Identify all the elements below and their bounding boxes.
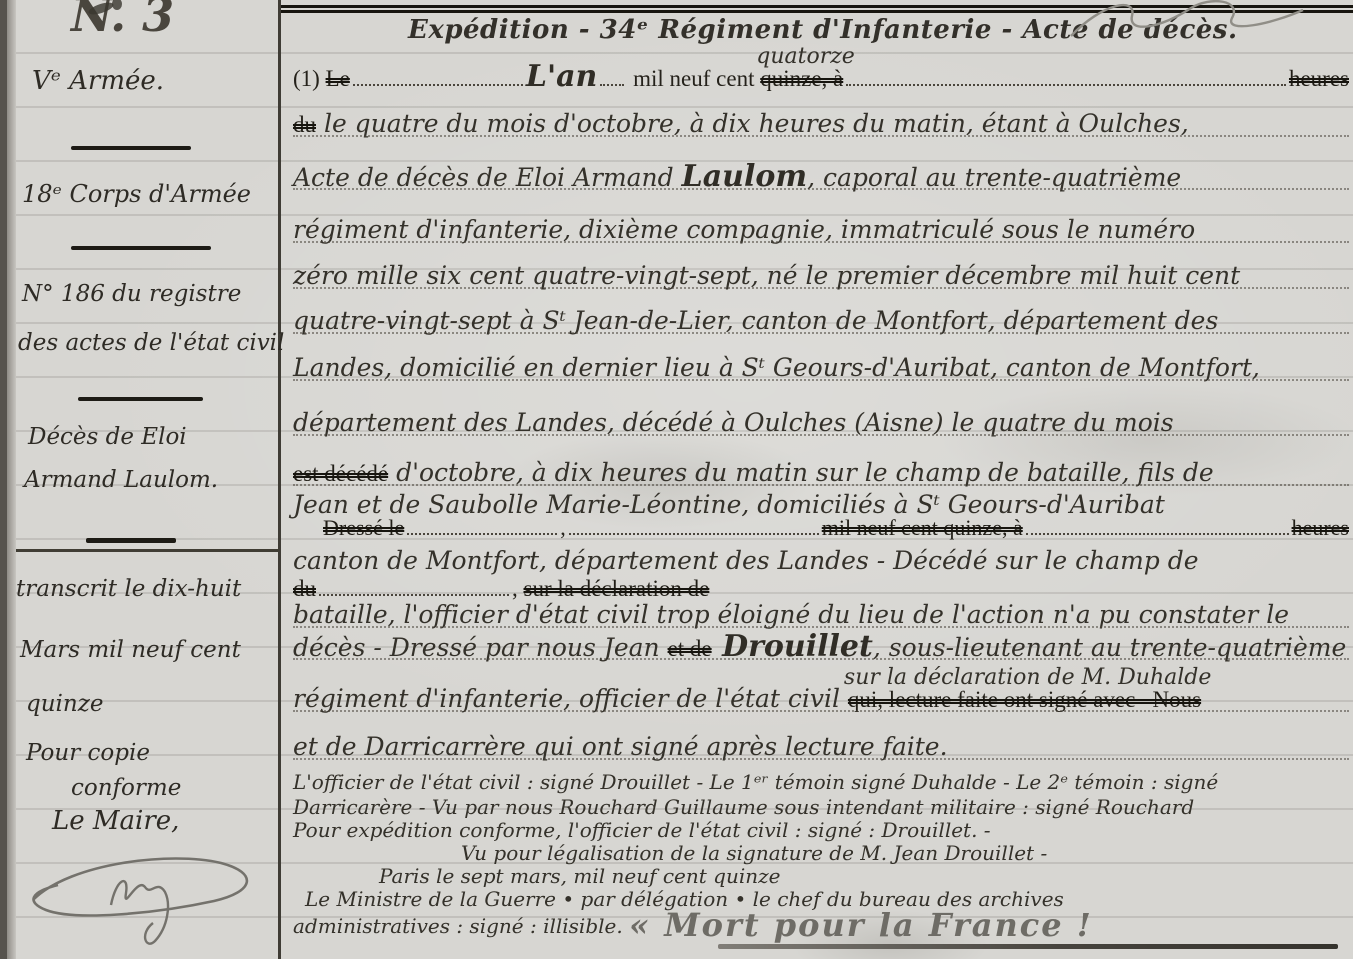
printed-struck-text: quinze, àquatorze xyxy=(760,63,843,95)
handwritten-large-text: Drouillet xyxy=(712,631,873,663)
scan-edge-dark xyxy=(0,0,7,959)
body-line: L'officier de l'état civil : signé Droui… xyxy=(293,769,1349,796)
handwritten-large-text: L'an xyxy=(526,61,598,93)
handwritten-text: Acte de décès de Eloi Armand xyxy=(293,162,682,194)
body-line: administratives : signé : illisible. « M… xyxy=(293,911,1349,943)
handwritten-text: régiment d'infanterie, dixième compagnie… xyxy=(293,214,1195,246)
margin-deceased-line1: Décès de Eloi xyxy=(28,424,187,450)
margin-transcribed-line2: Mars mil neuf cent xyxy=(20,637,241,663)
margin-column: N. 3 Vᵉ Armée. 18ᵉ Corps d'Armée N° 186 … xyxy=(16,0,279,959)
handwritten-text: Pour expédition conforme, l'officier de … xyxy=(293,819,991,841)
margin-register-line1: N° 186 du registre xyxy=(22,281,241,307)
interlinear-annotation: sur la déclaration de M. Duhalde xyxy=(844,662,1211,694)
printed-struck-text: Le xyxy=(326,63,350,95)
dotted-filler xyxy=(1026,533,1289,535)
margin-rule xyxy=(71,246,211,250)
body-line: régiment d'infanterie, dixième compagnie… xyxy=(293,214,1349,248)
act-number: N. 3 xyxy=(71,0,174,42)
margin-rule xyxy=(71,146,191,150)
handwritten-text: décès - Dressé par nous Jean xyxy=(293,632,668,664)
printed-struck-text: mil neuf cent quinze, à xyxy=(822,515,1023,541)
mayor-signature xyxy=(16,835,268,953)
pencil-scribble xyxy=(1041,0,1341,52)
body-line: quatre-vingt-sept à Sᵗ Jean-de-Lier, can… xyxy=(293,305,1349,339)
handwritten-text: Vu pour légalisation de la signature de … xyxy=(461,842,1047,864)
handwritten-text: , sous-lieutenant au trente-quatrième xyxy=(873,632,1346,664)
handwritten-text: bataille, l'officier d'état civil trop é… xyxy=(293,599,1289,631)
body-line: Darricarère - Vu par nous Rouchard Guill… xyxy=(293,796,1349,819)
dotted-filler xyxy=(569,533,819,535)
printed-struck-text: sur la déclaration de xyxy=(524,577,710,601)
margin-deceased-line2: Armand Laulom. xyxy=(24,467,218,493)
scanned-death-certificate: { "document": { "margin": { "number": "N… xyxy=(0,0,1353,959)
printed-struck-text: et de xyxy=(668,633,712,665)
body-line: Pour expédition conforme, l'officier de … xyxy=(293,819,1349,842)
printed-text: , xyxy=(512,577,524,601)
handwritten-text: département des Landes, décédé à Oulches… xyxy=(293,407,1174,439)
handwritten-text: Darricarère - Vu par nous Rouchard Guill… xyxy=(293,796,1194,818)
body-line: est décédé d'octobre, à dix heures du ma… xyxy=(293,457,1349,491)
body-line: canton de Montfort, département des Land… xyxy=(293,545,1349,579)
printed-struck-text: du xyxy=(293,577,316,601)
margin-rule xyxy=(86,538,176,543)
handwritten-text: zéro mille six cent quatre-vingt-sept, n… xyxy=(293,260,1240,292)
body-line: Landes, domicilié en dernier lieu à Sᵗ G… xyxy=(293,352,1349,386)
handwritten-text: d'octobre, à dix heures du matin sur le … xyxy=(388,457,1214,489)
printed-struck-text: qui, lecture faite ont signé avec Noussu… xyxy=(848,684,1201,716)
handwritten-text: Paris le sept mars, mil neuf cent quinze xyxy=(379,865,781,887)
handwritten-text: le quatre du mois d'octobre, à dix heure… xyxy=(316,108,1189,140)
printed-struck-text: heures xyxy=(1292,515,1349,541)
body-line: décès - Dressé par nous Jean et de Droui… xyxy=(293,631,1349,665)
dotted-filler xyxy=(353,84,523,86)
body-line: du le quatre du mois d'octobre, à dix he… xyxy=(293,108,1349,142)
act-body: (1) LeL'an mil neuf cent quinze, àquator… xyxy=(293,61,1349,943)
handwritten-text: , caporal au trente-quatrième xyxy=(807,162,1181,194)
printed-struck-text: est décédé xyxy=(293,458,388,490)
body-line: (1) LeL'an mil neuf cent quinze, àquator… xyxy=(293,61,1349,95)
handwritten-text: et de Darricarrère qui ont signé après l… xyxy=(293,731,948,763)
handwritten-text: régiment d'infanterie, officier de l'éta… xyxy=(293,683,848,715)
body-line: département des Landes, décédé à Oulches… xyxy=(293,407,1349,441)
margin-copy-line1: Pour copie xyxy=(26,740,150,766)
dotted-filler xyxy=(846,84,1286,86)
handwritten-text: Landes, domicilié en dernier lieu à Sᵗ G… xyxy=(293,352,1260,384)
handwritten-text: canton de Montfort, département des Land… xyxy=(293,545,1199,577)
printed-text: (1) xyxy=(293,63,326,95)
handwritten-large-text: Laulom xyxy=(682,161,808,193)
margin-register-line2: des actes de l'état civil xyxy=(18,330,284,356)
margin-copy-line3: Le Maire, xyxy=(52,806,179,836)
scan-edge-light xyxy=(7,0,16,959)
body-line: Vu pour légalisation de la signature de … xyxy=(293,842,1349,865)
handwritten-text: administratives : signé : illisible. xyxy=(293,915,629,937)
margin-transcribed-line1: transcrit le dix-huit xyxy=(16,576,241,602)
margin-army: Vᵉ Armée. xyxy=(32,66,164,96)
body-line: zéro mille six cent quatre-vingt-sept, n… xyxy=(293,260,1349,294)
handwritten-text: L'officier de l'état civil : signé Droui… xyxy=(293,769,1218,795)
dotted-filler xyxy=(407,533,557,535)
printed-text: , xyxy=(560,515,566,541)
handwritten-text: quatre-vingt-sept à Sᵗ Jean-de-Lier, can… xyxy=(293,305,1218,337)
body-line: Acte de décès de Eloi Armand Laulom, cap… xyxy=(293,161,1349,195)
printed-text: mil neuf cent xyxy=(627,63,760,95)
pencil-text: « Mort pour la France ! xyxy=(629,914,1093,936)
main-column: Expédition - 34ᵉ Régiment d'Infanterie -… xyxy=(281,0,1353,959)
printed-struck-text: du xyxy=(293,109,316,141)
printed-struck-text: Dressé le xyxy=(323,515,404,541)
margin-rule xyxy=(16,549,279,552)
interlinear-annotation: quatorze xyxy=(756,41,855,73)
printed-struck-text: heures xyxy=(1289,63,1349,95)
body-line: et de Darricarrère qui ont signé après l… xyxy=(293,731,1349,765)
dotted-filler xyxy=(600,84,624,86)
margin-copy-line2: conforme xyxy=(71,775,181,801)
body-line: Paris le sept mars, mil neuf cent quinze xyxy=(293,865,1349,888)
mort-pour-la-france-underline xyxy=(718,944,1338,949)
body-line: Dressé le,mil neuf cent quinze, àheures xyxy=(293,515,1349,543)
margin-rule xyxy=(78,397,203,401)
dotted-filler xyxy=(319,594,509,596)
margin-transcribed-line3: quinze xyxy=(26,691,103,717)
body-line: régiment d'infanterie, officier de l'éta… xyxy=(293,683,1349,717)
body-line: bataille, l'officier d'état civil trop é… xyxy=(293,599,1349,633)
margin-corps: 18ᵉ Corps d'Armée xyxy=(22,180,251,208)
